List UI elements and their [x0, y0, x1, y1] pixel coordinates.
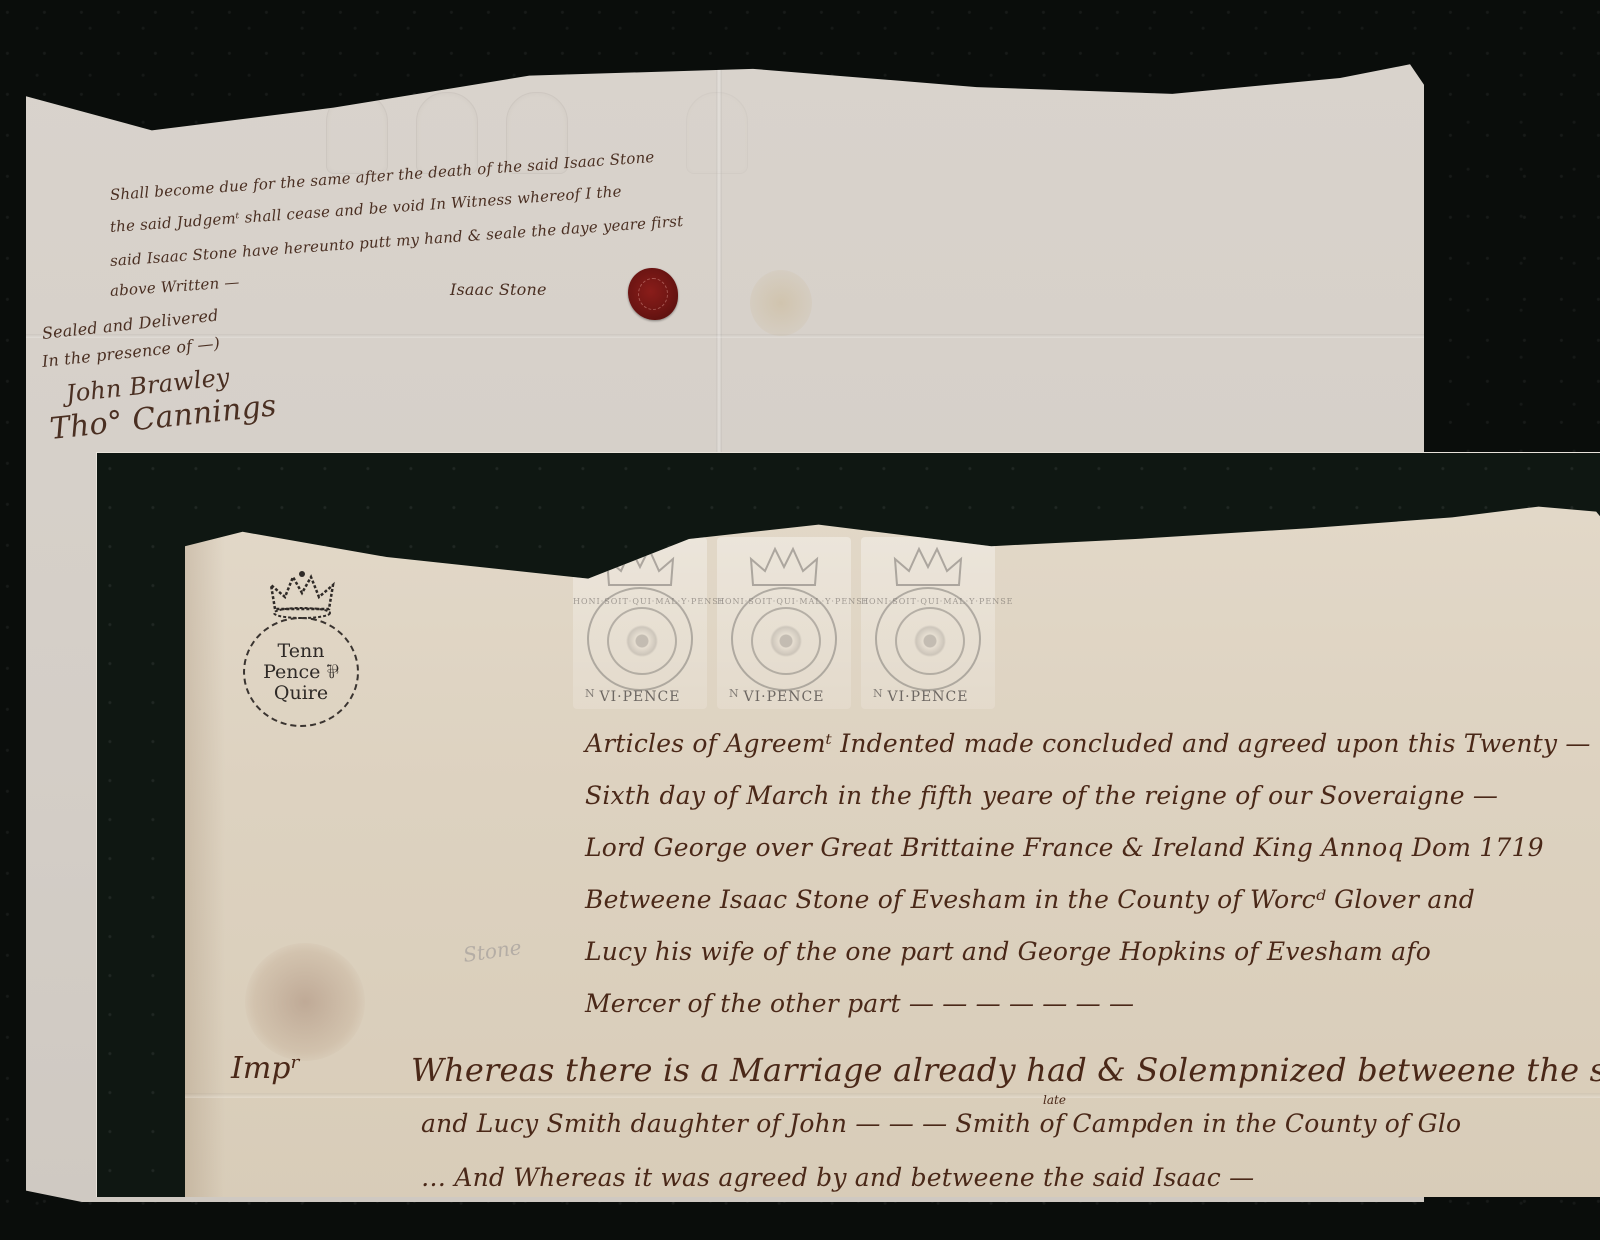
margin-note: Impʳ: [231, 1051, 301, 1086]
agreement-line-6: Mercer of the other part — — — — — — —: [585, 989, 1134, 1018]
stamp-line-2: Pence ⅌: [263, 662, 339, 683]
whereas-line-3: … And Whereas it was agreed by and betwe…: [421, 1163, 1254, 1192]
faint-offset-text: Stone: [462, 935, 523, 967]
stamp-circle: Tenn Pence ⅌ Quire: [243, 617, 359, 727]
stamp-line-1: Tenn: [278, 641, 325, 662]
vi-pence-stamp-2: HONI·SOIT·QUI·MAL·Y·PENSE N VI·PENCE: [717, 537, 851, 709]
embossed-stamp-icon: [686, 92, 748, 174]
agreement-line-1: Articles of Agreemᵗ Indented made conclu…: [585, 729, 1591, 758]
stamp-value: VI·PENCE: [717, 689, 851, 705]
upper-text-line-4: above Written —: [109, 273, 240, 300]
stamp-value: VI·PENCE: [861, 689, 995, 705]
crown-icon: [745, 541, 823, 593]
interlined-word: late: [1043, 1093, 1066, 1107]
vi-pence-embossed-stamps: HONI·SOIT·QUI·MAL·Y·PENSE N VI·PENCE HON…: [573, 537, 995, 709]
signature-isaac-stone: Isaac Stone: [450, 280, 547, 299]
horizontal-fold-crease: [26, 334, 1424, 338]
vi-pence-stamp-3: HONI·SOIT·QUI·MAL·Y·PENSE N VI·PENCE: [861, 537, 995, 709]
stamp-motto: HONI·SOIT·QUI·MAL·Y·PENSE: [861, 597, 995, 606]
red-wax-seal-icon: [628, 268, 678, 320]
stamp-value: VI·PENCE: [573, 689, 707, 705]
stamp-motto: HONI·SOIT·QUI·MAL·Y·PENSE: [717, 597, 851, 606]
stamp-motto: HONI·SOIT·QUI·MAL·Y·PENSE: [573, 597, 707, 606]
agreement-line-5: Lucy his wife of the one part and George…: [585, 937, 1431, 966]
agreement-line-4: Betweene Isaac Stone of Evesham in the C…: [585, 885, 1475, 914]
agreement-line-3: Lord George over Great Brittaine France …: [585, 833, 1544, 862]
tenn-pence-duty-stamp: Tenn Pence ⅌ Quire: [243, 569, 361, 729]
photo-scene: Shall become due for the same after the …: [0, 0, 1600, 1240]
crown-icon: [889, 541, 967, 593]
stamp-line-3: Quire: [274, 683, 328, 704]
agreement-line-2: Sixth day of March in the fifth yeare of…: [585, 781, 1498, 810]
paper-stain: [750, 270, 812, 336]
paper-stain: [245, 943, 365, 1061]
crown-icon: [267, 569, 337, 619]
whereas-line-2: and Lucy Smith daughter of John — — — Sm…: [421, 1109, 1461, 1138]
whereas-line-1: Whereas there is a Marriage already had …: [411, 1051, 1600, 1089]
horizontal-fold-crease: [185, 1093, 1600, 1098]
inset-photo: Tenn Pence ⅌ Quire HONI·SOIT·QUI·MAL·Y·P…: [96, 452, 1600, 1197]
lower-document-sheet: Tenn Pence ⅌ Quire HONI·SOIT·QUI·MAL·Y·P…: [185, 503, 1600, 1197]
